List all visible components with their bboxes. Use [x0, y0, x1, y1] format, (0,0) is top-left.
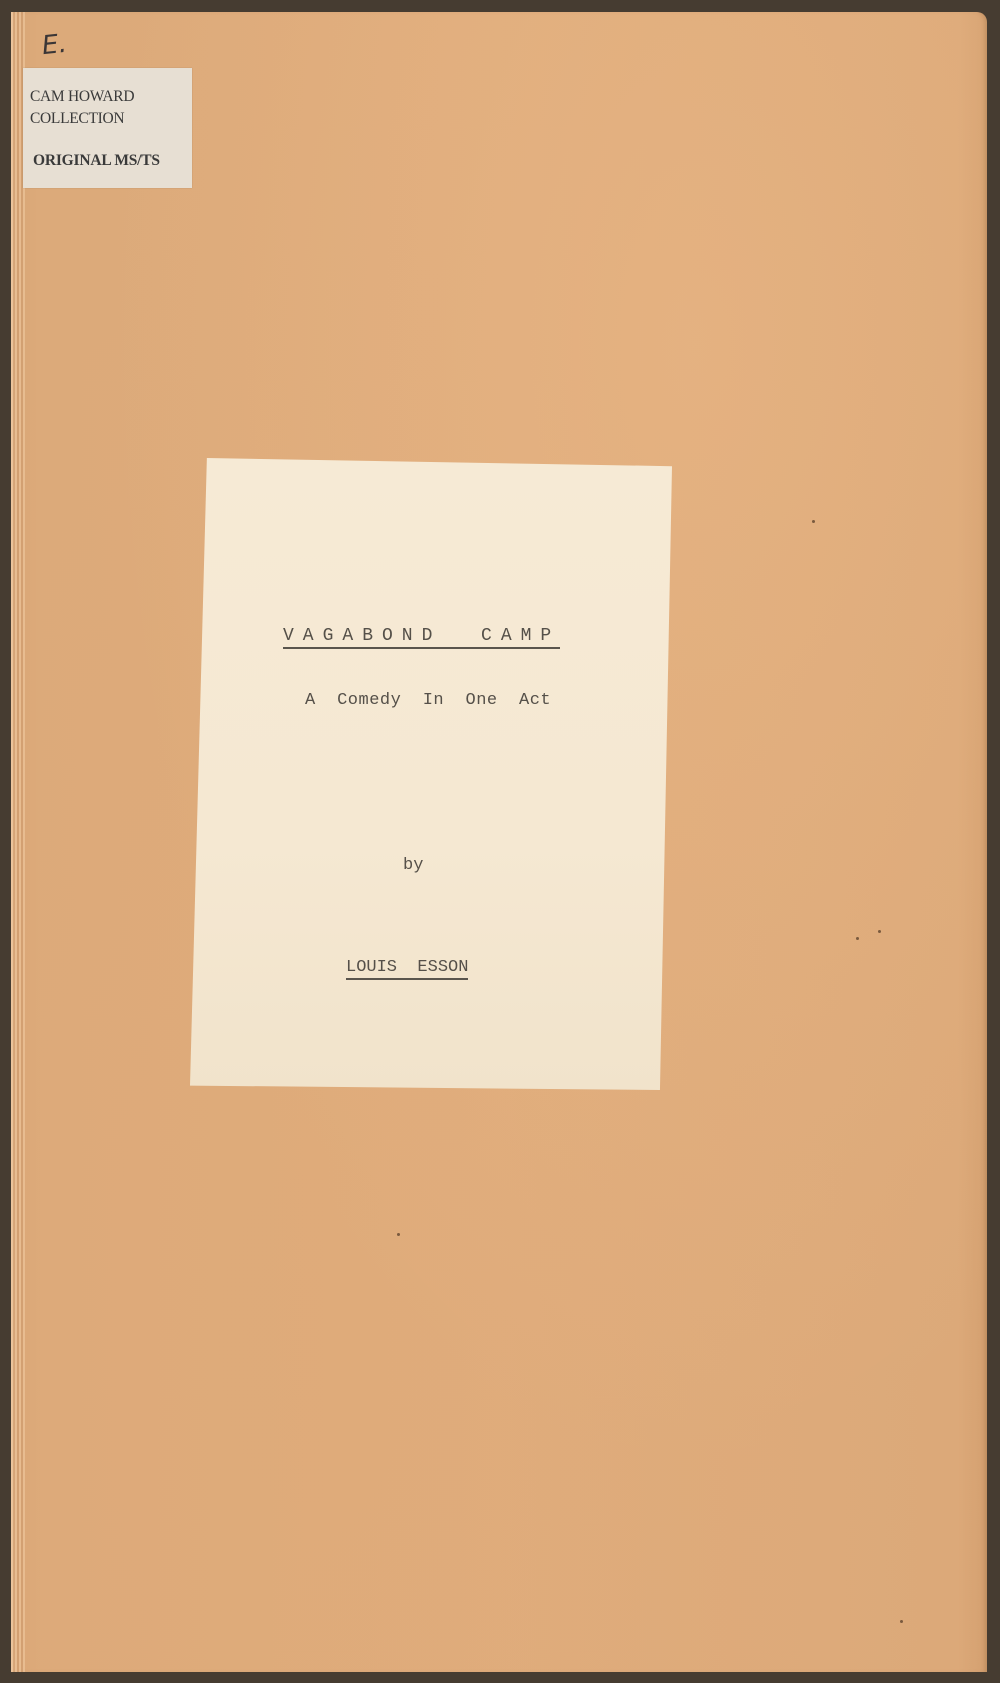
paper-speck — [878, 930, 881, 933]
label-line-collection: COLLECTION — [30, 110, 124, 128]
collection-label: CAM HOWARD COLLECTION ORIGINAL MS/TS — [23, 68, 192, 188]
label-line-original: ORIGINAL MS/TS — [33, 152, 160, 170]
paper-speck — [812, 520, 815, 523]
byline-by: by — [403, 857, 423, 875]
play-subtitle: A Comedy In One Act — [305, 692, 551, 710]
label-line-collection-name: CAM HOWARD — [30, 88, 134, 106]
paper-speck — [900, 1620, 903, 1623]
play-title: VAGABOND CAMP — [283, 627, 560, 649]
author-name: LOUIS ESSON — [346, 959, 468, 980]
paper-speck — [856, 937, 859, 940]
paper-speck — [397, 1233, 400, 1236]
cover-left-edge — [11, 12, 25, 1672]
title-card — [190, 458, 672, 1090]
handwritten-mark: E. — [40, 29, 68, 61]
